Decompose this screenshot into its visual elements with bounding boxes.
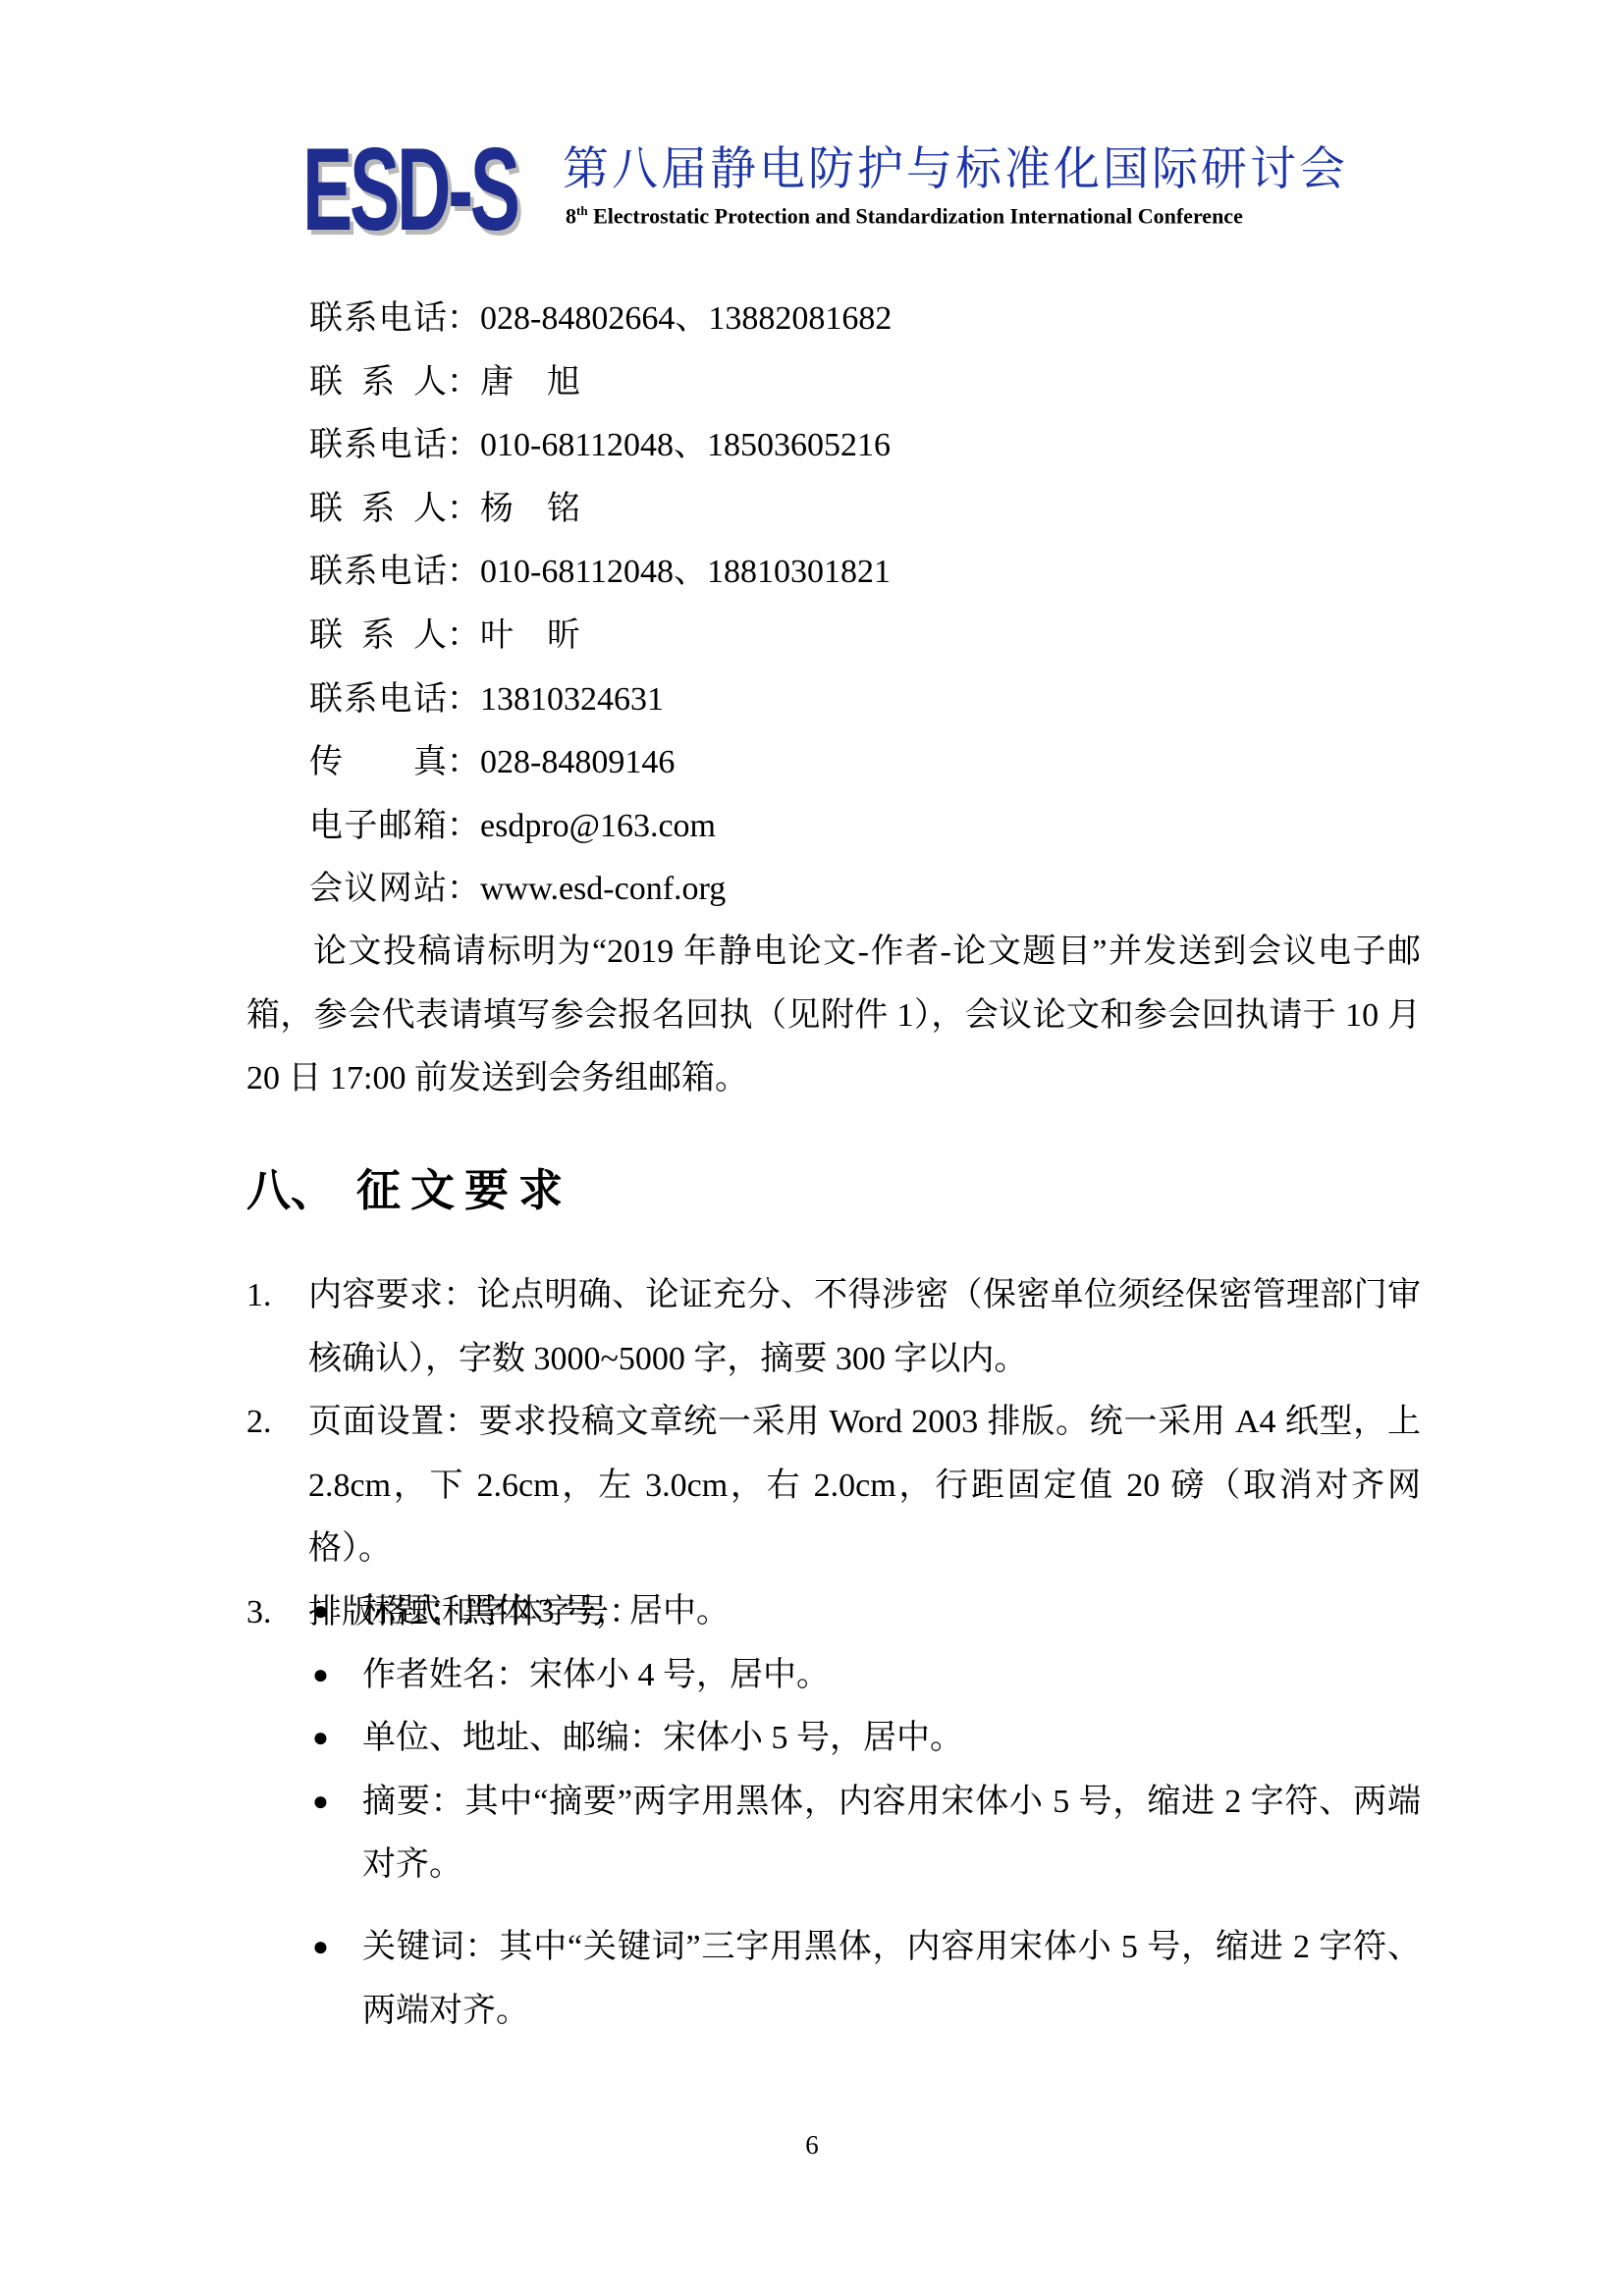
contact-colon: ： bbox=[447, 668, 480, 732]
contact-colon: ： bbox=[447, 731, 480, 795]
section-title: 征文要求 bbox=[356, 1166, 572, 1215]
contact-line: 联系电话：010-68112048、18810301821 bbox=[309, 541, 892, 605]
bullet-item: ● 摘要：其中“摘要”两字用黑体，内容用宋体小 5 号，缩进 2 字符、两端对齐… bbox=[312, 1771, 1421, 1897]
contact-line: 联系电话：028-84802664、13882081682 bbox=[309, 288, 892, 351]
list-item: 1. 内容要求：论点明确、论证充分、不得涉密（保密单位须经保密管理部门审核确认）… bbox=[246, 1264, 1421, 1391]
conference-title-chinese: 第八届静电防护与标准化国际研讨会 bbox=[563, 143, 1348, 194]
contact-label: 电子邮箱 bbox=[309, 795, 447, 859]
contact-label: 联系电话 bbox=[309, 668, 447, 732]
submission-instructions-paragraph: 论文投稿请标明为“2019 年静电论文-作者-论文题目”并发送到会议电子邮箱，参… bbox=[246, 921, 1421, 1111]
bullet-icon: ● bbox=[312, 1771, 362, 1897]
contact-value: 010-68112048、18810301821 bbox=[480, 554, 891, 590]
contact-colon: ： bbox=[447, 795, 480, 859]
contact-label: 联系电话 bbox=[309, 288, 447, 351]
contact-label: 会议网站 bbox=[309, 858, 447, 922]
bullet-item: ● 单位、地址、邮编：宋体小 5 号，居中。 bbox=[312, 1707, 1421, 1771]
section-number: 八、 bbox=[246, 1166, 335, 1215]
list-item-text: 内容要求：论点明确、论证充分、不得涉密（保密单位须经保密管理部门审核确认），字数… bbox=[308, 1264, 1421, 1391]
contact-colon: ： bbox=[447, 478, 480, 542]
contact-line: 联系电话：010-68112048、18503605216 bbox=[309, 414, 892, 478]
contact-colon: ： bbox=[447, 414, 480, 478]
contact-colon: ： bbox=[447, 605, 480, 668]
contact-line: 会议网站：www.esd-conf.org bbox=[309, 858, 892, 922]
bullet-text: 单位、地址、邮编：宋体小 5 号，居中。 bbox=[362, 1707, 1421, 1771]
bullet-item: ● 作者姓名：宋体小 4 号，居中。 bbox=[312, 1644, 1421, 1708]
english-title-text: Electrostatic Protection and Standardiza… bbox=[588, 203, 1243, 228]
contact-info-block: 联系电话：028-84802664、13882081682 联系人：唐 旭 联系… bbox=[309, 288, 892, 922]
ordinal-suffix: th bbox=[576, 203, 588, 218]
contact-colon: ： bbox=[447, 288, 480, 351]
page-number: 6 bbox=[0, 2130, 1624, 2160]
contact-label: 联系电话 bbox=[309, 541, 447, 605]
contact-line: 联系人：杨 铭 bbox=[309, 478, 892, 542]
contact-value: 叶 昕 bbox=[480, 617, 580, 654]
contact-value: 杨 铭 bbox=[480, 491, 580, 527]
contact-colon: ： bbox=[447, 541, 480, 605]
contact-label: 联系人 bbox=[309, 351, 447, 415]
document-page: ESD-S 第八届静电防护与标准化国际研讨会 8th Electrostatic… bbox=[0, 0, 1624, 2296]
contact-value: 唐 旭 bbox=[480, 364, 580, 400]
list-item: 2. 页面设置：要求投稿文章统一采用 Word 2003 排版。统一采用 A4 … bbox=[246, 1391, 1421, 1581]
bullet-icon: ● bbox=[312, 1916, 362, 2043]
contact-email: esdpro@163.com bbox=[480, 808, 716, 844]
esd-s-logo: ESD-S bbox=[302, 141, 517, 238]
contact-line: 电子邮箱：esdpro@163.com bbox=[309, 795, 892, 859]
contact-line: 联系人：叶 昕 bbox=[309, 605, 892, 668]
contact-colon: ： bbox=[447, 858, 480, 922]
contact-label: 联系人 bbox=[309, 478, 447, 542]
contact-value: 13810324631 bbox=[480, 681, 664, 718]
bullet-text: 标题：黑体 3 号，居中。 bbox=[362, 1580, 1421, 1644]
bullet-icon: ● bbox=[312, 1580, 362, 1644]
contact-label: 联系人 bbox=[309, 605, 447, 668]
list-item-number: 3. bbox=[246, 1581, 308, 1645]
bullet-item: ● 标题：黑体 3 号，居中。 bbox=[312, 1580, 1421, 1644]
bullet-text: 作者姓名：宋体小 4 号，居中。 bbox=[362, 1644, 1421, 1708]
bullet-item: ● 关键词：其中“关键词”三字用黑体，内容用宋体小 5 号，缩进 2 字符、两端… bbox=[312, 1916, 1421, 2043]
contact-value: 028-84809146 bbox=[480, 744, 675, 780]
contact-value: 028-84802664、13882081682 bbox=[480, 300, 892, 337]
contact-value: 010-68112048、18503605216 bbox=[480, 427, 891, 463]
contact-line: 联系电话：13810324631 bbox=[309, 668, 892, 732]
bullet-text: 关键词：其中“关键词”三字用黑体，内容用宋体小 5 号，缩进 2 字符、两端对齐… bbox=[362, 1916, 1421, 2043]
contact-label: 联系电话 bbox=[309, 414, 447, 478]
bullet-icon: ● bbox=[312, 1644, 362, 1708]
contact-website: www.esd-conf.org bbox=[480, 871, 726, 907]
list-item-number: 2. bbox=[246, 1391, 308, 1581]
contact-colon: ： bbox=[447, 351, 480, 415]
conference-title-english: 8th Electrostatic Protection and Standar… bbox=[566, 198, 1243, 229]
list-item-text: 页面设置：要求投稿文章统一采用 Word 2003 排版。统一采用 A4 纸型，… bbox=[308, 1391, 1421, 1581]
edition-number: 8 bbox=[566, 203, 576, 228]
list-item-number: 1. bbox=[246, 1264, 308, 1391]
bullet-icon: ● bbox=[312, 1707, 362, 1771]
section-heading: 八、征文要求 bbox=[246, 1161, 572, 1220]
bullet-text: 摘要：其中“摘要”两字用黑体，内容用宋体小 5 号，缩进 2 字符、两端对齐。 bbox=[362, 1771, 1421, 1897]
contact-label: 传真 bbox=[309, 731, 447, 795]
format-bullet-list: ● 标题：黑体 3 号，居中。 ● 作者姓名：宋体小 4 号，居中。 ● 单位、… bbox=[312, 1580, 1421, 2043]
contact-line: 传真：028-84809146 bbox=[309, 731, 892, 795]
contact-line: 联系人：唐 旭 bbox=[309, 351, 892, 415]
